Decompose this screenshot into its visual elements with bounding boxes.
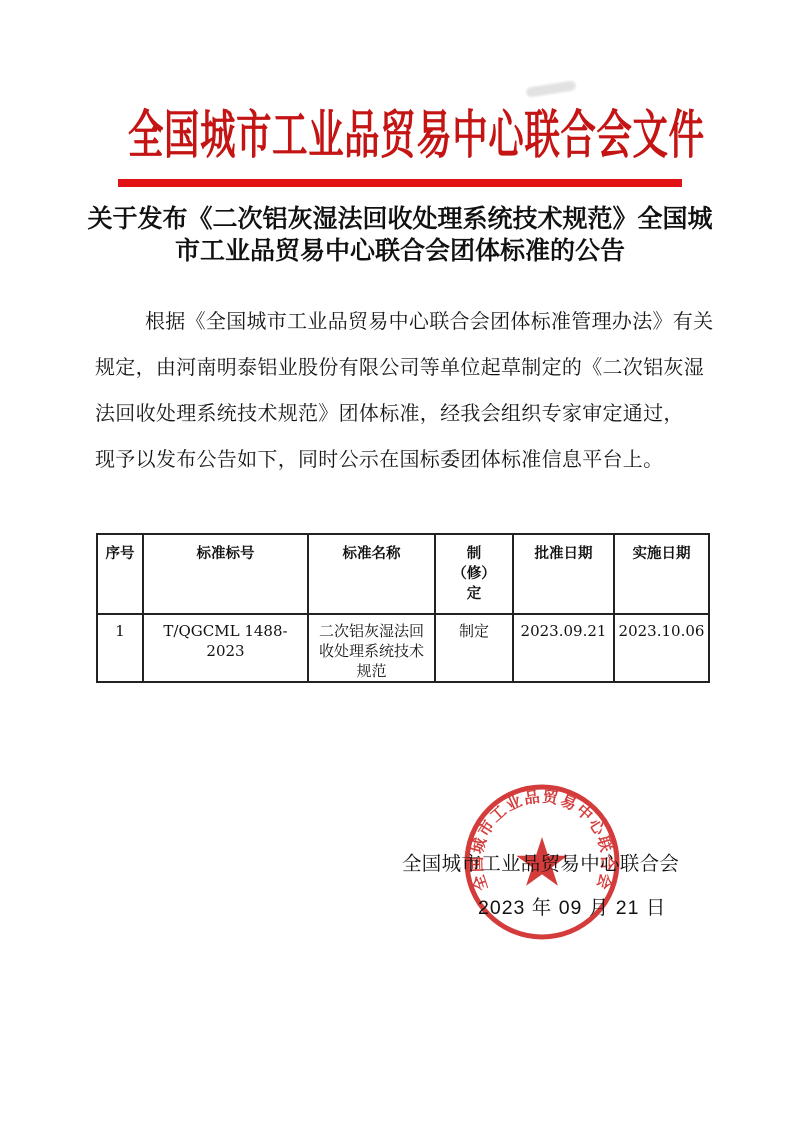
cell-enact-revise: 制定 (435, 614, 513, 682)
signature-org-name: 全国城市工业品贸易中心联合会 (402, 848, 679, 876)
scan-artifact (526, 80, 577, 98)
body-line: 法回收处理系统技术规范》团体标准，经我会组织专家审定通过， (95, 391, 711, 437)
document-page: 全国城市工业品贸易中心联合会文件 关于发布《二次铝灰湿法回收处理系统技术规范》全… (0, 0, 800, 1130)
col-header-implementation-date: 实施日期 (614, 534, 709, 614)
cell-standard-no: T/QGCML 1488-2023 (143, 614, 308, 682)
cell-approval-date: 2023.09.21 (513, 614, 614, 682)
signature-date: 2023 年 09 月 21 日 (478, 892, 666, 920)
body-line: 规定，由河南明泰铝业股份有限公司等单位起草制定的《二次铝灰湿 (95, 345, 711, 391)
announcement-title-line1: 关于发布《二次铝灰湿法回收处理系统技术规范》全国城 (0, 203, 800, 235)
body-paragraph: 根据《全国城市工业品贸易中心联合会团体标准管理办法》有关 规定，由河南明泰铝业股… (95, 299, 711, 483)
announcement-title: 关于发布《二次铝灰湿法回收处理系统技术规范》全国城 市工业品贸易中心联合会团体标… (0, 203, 800, 267)
announcement-title-line2: 市工业品贸易中心联合会团体标准的公告 (0, 235, 800, 267)
cell-seq-no: 1 (97, 614, 143, 682)
col-header-seq-no: 序号 (97, 534, 143, 614)
body-line: 现予以发布公告如下，同时公示在国标委团体标准信息平台上。 (95, 437, 711, 483)
col-header-standard-no: 标准标号 (143, 534, 308, 614)
col-header-approval-date: 批准日期 (513, 534, 614, 614)
standards-table: 序号 标准标号 标准名称 制 （修） 定 批准日期 实施日期 1 T/QGCML… (96, 533, 710, 683)
cell-standard-name: 二次铝灰湿法回 收处理系统技术 规范 (308, 614, 435, 682)
red-divider-rule (118, 179, 682, 187)
cell-implementation-date: 2023.10.06 (614, 614, 709, 682)
col-header-enact-revise: 制 （修） 定 (435, 534, 513, 614)
body-line: 根据《全国城市工业品贸易中心联合会团体标准管理办法》有关 (95, 299, 711, 345)
table-row: 1 T/QGCML 1488-2023 二次铝灰湿法回 收处理系统技术 规范 制… (97, 614, 709, 682)
letterhead-title: 全国城市工业品贸易中心联合会文件 (128, 104, 672, 168)
table-header-row: 序号 标准标号 标准名称 制 （修） 定 批准日期 实施日期 (97, 534, 709, 614)
col-header-standard-name: 标准名称 (308, 534, 435, 614)
